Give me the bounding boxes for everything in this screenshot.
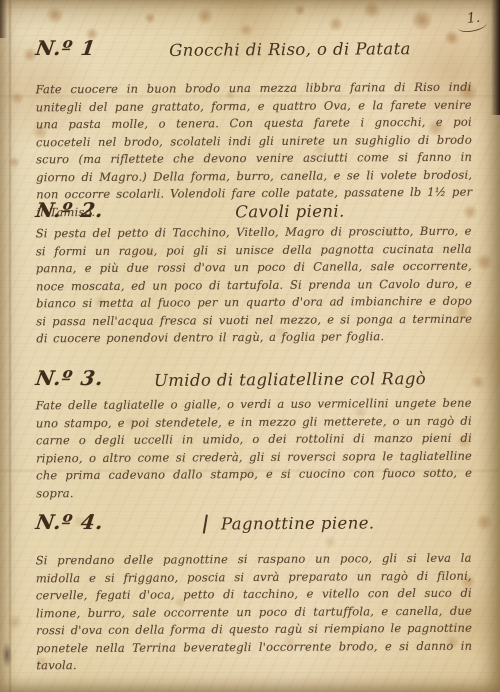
- horizontal-crease: [0, 95, 500, 97]
- recipe-2-title: Cavoli pieni.: [108, 201, 472, 223]
- stray-pen-stroke: [203, 515, 208, 534]
- recipe-2-body: Si pesta del petto di Tacchino, Vitello,…: [36, 223, 473, 348]
- horizontal-crease: [0, 470, 500, 472]
- recipe-4-number: N.º 4.: [34, 510, 109, 534]
- recipe-1-title: Gnocchi di Riso, o di Patata: [108, 39, 472, 61]
- recipe-4-body: Si prendano delle pagnottine si raspano …: [36, 550, 473, 675]
- recipe-3-body: Fate delle tagliatelle o gialle, o verdi…: [36, 395, 473, 503]
- recipe-1-number: N.º 1: [34, 36, 109, 60]
- recipe-3-title: Umido di tagliatelline col Ragò: [108, 369, 472, 391]
- recipe-4-header: N.º 4. Pagnottine piene.: [36, 510, 472, 534]
- page-number: 1.: [466, 9, 488, 32]
- left-edge-shadow: [0, 0, 7, 38]
- recipe-2-number: N.º 2.: [34, 198, 109, 222]
- recipe-3-header: N.º 3. Umido di tagliatelline col Ragò: [36, 366, 472, 390]
- recipe-2-header: N.º 2. Cavoli pieni.: [36, 198, 472, 222]
- manuscript-page: 1. N.º 1 Gnocchi di Riso, o di Patata Fa…: [0, 0, 500, 692]
- bottom-left-smudge: [2, 642, 12, 668]
- binding-edge-shadow: [491, 0, 500, 115]
- recipe-1-header: N.º 1 Gnocchi di Riso, o di Patata: [36, 36, 472, 60]
- recipe-4-title: Pagnottine piene.: [108, 509, 472, 535]
- recipe-3-number: N.º 3.: [34, 366, 109, 390]
- left-fold-crease: [9, 0, 11, 692]
- recipe-4-title-text: Pagnottine piene.: [221, 513, 375, 533]
- page-number-flourish: [457, 21, 488, 35]
